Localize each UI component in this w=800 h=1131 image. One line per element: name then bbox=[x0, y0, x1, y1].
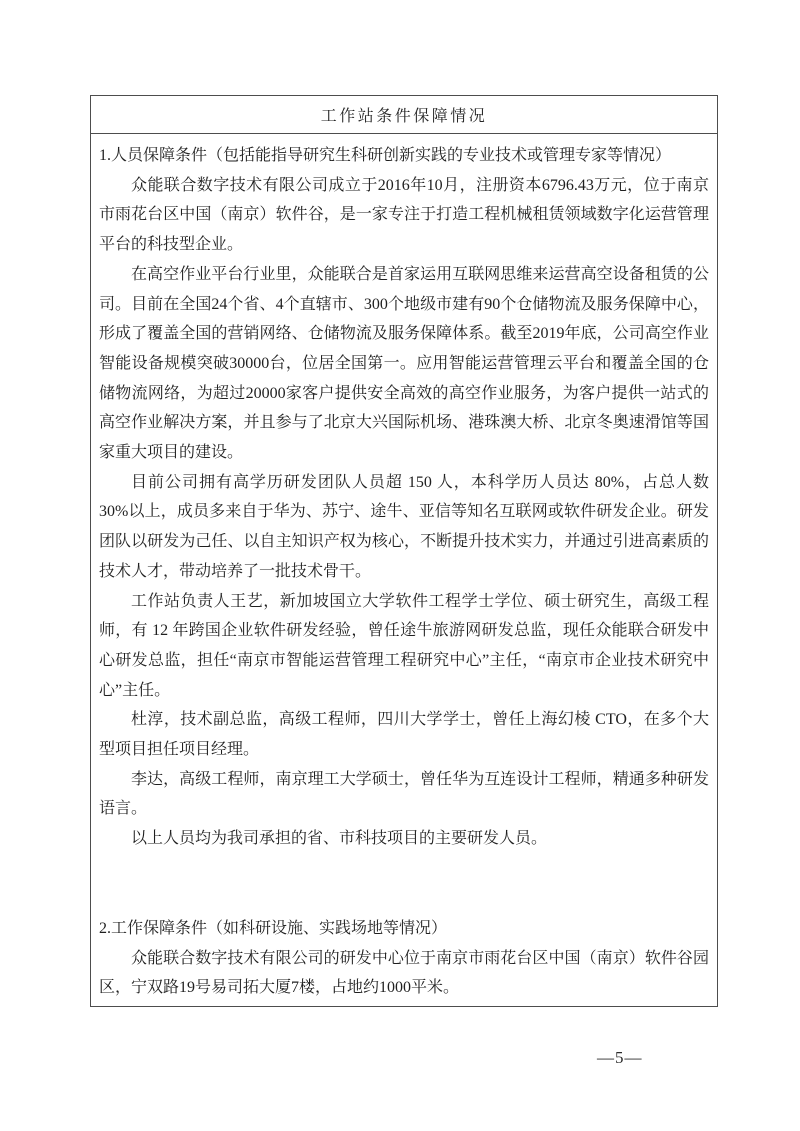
paragraph: 工作站负责人王艺，新加坡国立大学软件工程学士学位、硕士研究生，高级工程师，有 1… bbox=[99, 587, 709, 706]
page-number: —5— bbox=[597, 1048, 643, 1068]
section1-heading: 1.人员保障条件（包括能指导研究生科研创新实践的专业技术或管理专家等情况） bbox=[99, 141, 709, 171]
section2-heading: 2.工作保障条件（如科研设施、实践场地等情况） bbox=[99, 914, 709, 944]
paragraph: 李达，高级工程师，南京理工大学硕士，曾任华为互连设计工程师，精通多种研发语言。 bbox=[99, 765, 709, 824]
document-page: 工作站条件保障情况 1.人员保障条件（包括能指导研究生科研创新实践的专业技术或管… bbox=[0, 0, 800, 1131]
paragraph: 杜淳，技术副总监，高级工程师，四川大学学士，曾任上海幻棱 CTO，在多个大型项目… bbox=[99, 705, 709, 764]
paragraph: 在高空作业平台行业里，众能联合是首家运用互联网思维来运营高空设备租赁的公司。目前… bbox=[99, 260, 709, 468]
paragraph: 众能联合数字技术有限公司的研发中心位于南京市雨花台区中国（南京）软件谷园区，宁双… bbox=[99, 944, 709, 1003]
paragraph: 众能联合数字技术有限公司成立于2016年10月，注册资本6796.43万元，位于… bbox=[99, 171, 709, 260]
conditions-table: 工作站条件保障情况 1.人员保障条件（包括能指导研究生科研创新实践的专业技术或管… bbox=[90, 95, 718, 1007]
table-title-row: 工作站条件保障情况 bbox=[91, 96, 717, 134]
section-workspace-conditions: 2.工作保障条件（如科研设施、实践场地等情况） 众能联合数字技术有限公司的研发中… bbox=[99, 914, 709, 1003]
section-personnel-conditions: 1.人员保障条件（包括能指导研究生科研创新实践的专业技术或管理专家等情况） 众能… bbox=[99, 141, 709, 854]
paragraph: 以上人员均为我司承担的省、市科技项目的主要研发人员。 bbox=[99, 824, 709, 854]
paragraph: 目前公司拥有高学历研发团队人员超 150 人，本科学历人员达 80%，占总人数 … bbox=[99, 468, 709, 587]
table-title: 工作站条件保障情况 bbox=[321, 103, 488, 126]
table-body-cell: 1.人员保障条件（包括能指导研究生科研创新实践的专业技术或管理专家等情况） 众能… bbox=[91, 134, 717, 1006]
